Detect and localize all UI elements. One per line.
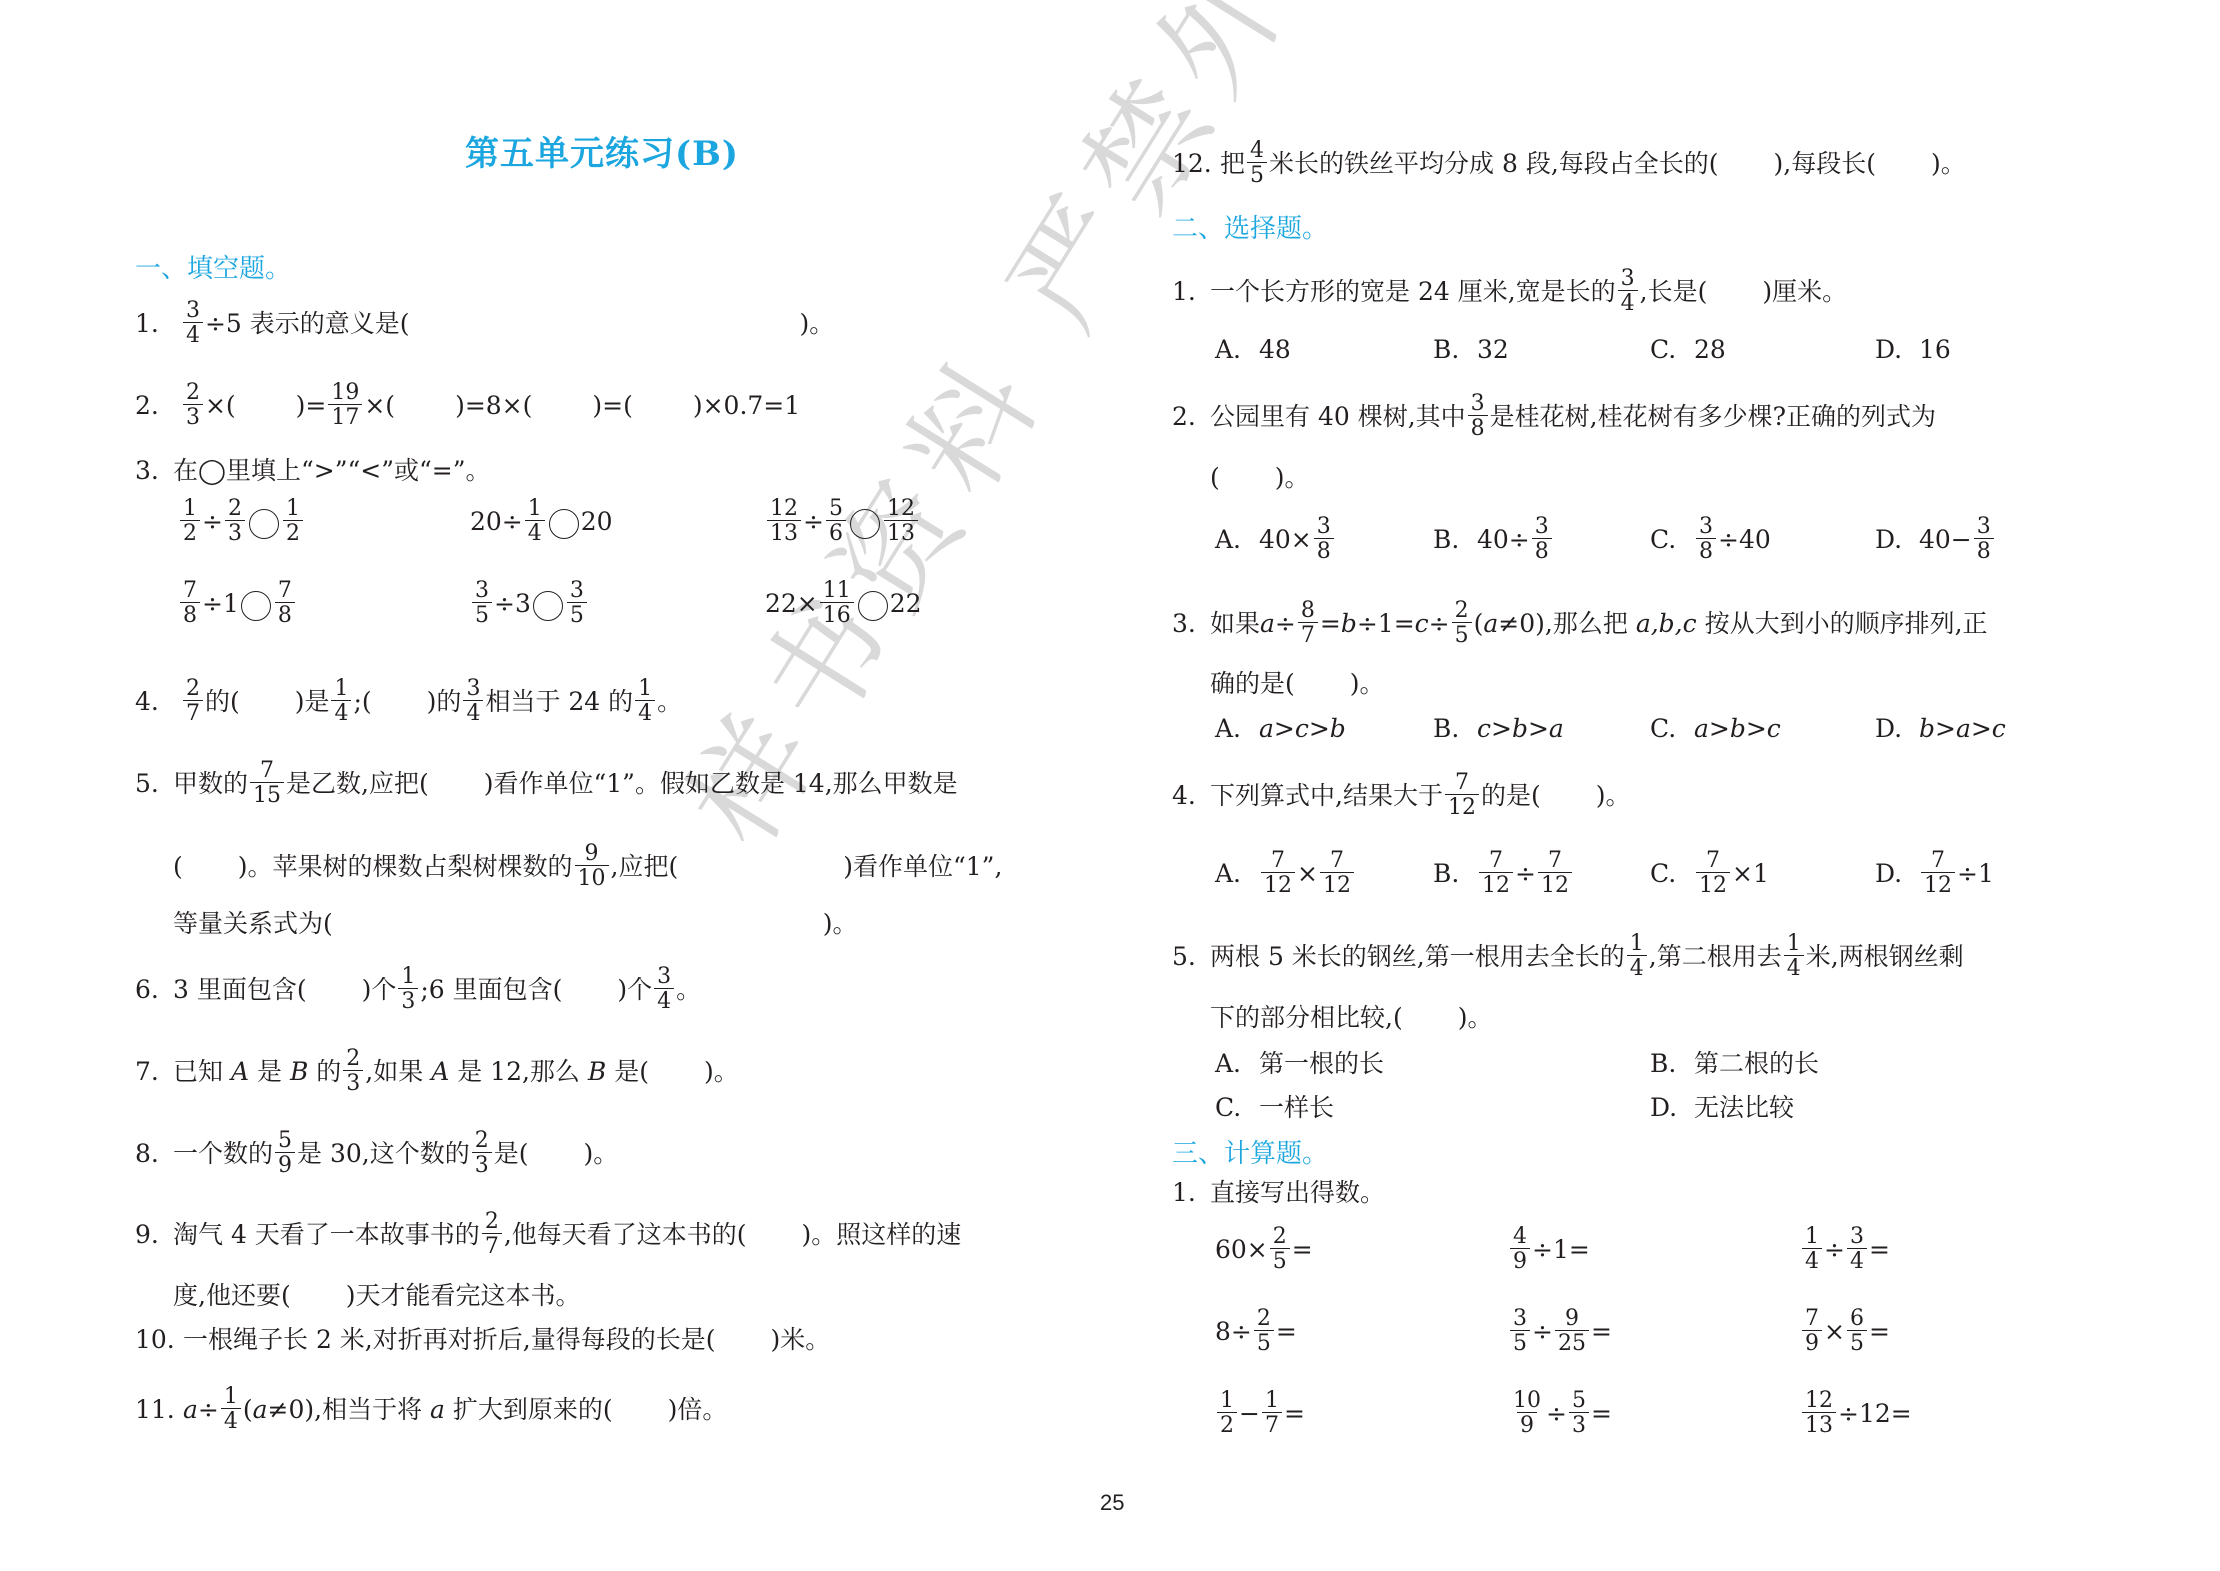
question-text: 是乙数,应把( [286, 769, 429, 798]
denominator: 12 [1261, 872, 1295, 897]
question-text: ,应把( [611, 852, 679, 881]
numerator: 2 [1452, 600, 1472, 622]
numerator: 1 [331, 678, 351, 700]
option-b[interactable]: B.40÷38 [1433, 518, 1554, 565]
fraction: 712 [1445, 772, 1479, 819]
denominator: 17 [328, 404, 362, 429]
question-text: ( [243, 1395, 253, 1424]
question-text: )= [296, 391, 327, 420]
compare-circle[interactable] [858, 591, 888, 621]
question-text: 是( [494, 1139, 529, 1168]
fraction: 49 [1510, 1226, 1530, 1273]
denominator: 8 [1532, 538, 1552, 563]
question-text: ,长是( [1640, 277, 1708, 306]
question-text: 一个数的 [173, 1139, 273, 1168]
fraction: 14 [1627, 933, 1647, 980]
numerator: 12 [884, 498, 918, 520]
denominator: 8 [1974, 538, 1994, 563]
question-1-12: 12.把45米长的铁丝平均分成 8 段,每段占全长的(),每段长()。 [1172, 142, 1966, 189]
numerator: 2 [472, 1130, 492, 1152]
fraction: 12 [1217, 1390, 1237, 1437]
fraction: 38 [1532, 516, 1552, 563]
denominator: 4 [635, 700, 655, 725]
denominator: 4 [221, 1408, 241, 1433]
question-text: )。 [1931, 149, 1966, 178]
denominator: 13 [767, 520, 801, 545]
option-b[interactable]: B.第二根的长 [1650, 1044, 1819, 1080]
fraction: 59 [275, 1130, 295, 1177]
compare-item-4: 78÷178 [178, 582, 297, 629]
denominator: 8 [1314, 538, 1334, 563]
denominator: 16 [820, 602, 854, 627]
denominator: 5 [1247, 162, 1267, 187]
fraction: 910 [575, 843, 609, 890]
question-text: 一根绳子长 2 米,对折再对折后,量得每段的长是( [183, 1325, 715, 1354]
numerator: 4 [1510, 1226, 1530, 1248]
option-d[interactable]: D.40−38 [1875, 518, 1996, 565]
numerator: 3 [567, 580, 587, 602]
option-a[interactable]: A.48 [1215, 335, 1291, 364]
question-1-3: 3.在◯里填上“>”“<”或“=”。 [135, 455, 491, 487]
question-text: 第二根的长 [1694, 1049, 1819, 1078]
numerator: 3 [463, 678, 483, 700]
question-text: )。 [1458, 1003, 1493, 1032]
question-text: 一个长方形的宽是 24 厘米,宽是长的 [1210, 277, 1616, 306]
variable: b [1341, 609, 1357, 638]
question-text: 扩大到原来的( [453, 1395, 613, 1424]
denominator: 4 [1847, 1248, 1867, 1273]
fraction: 34 [654, 966, 674, 1013]
question-text: C. [1215, 1093, 1259, 1122]
fraction: 1213 [884, 498, 918, 545]
numerator: 1 [525, 498, 545, 520]
calc-item-8: 109÷53= [1508, 1392, 1672, 1439]
fraction: 25 [1452, 600, 1472, 647]
question-text: ),每段长( [1774, 149, 1876, 178]
fraction: 87 [1298, 600, 1318, 647]
numerator: 1 [221, 1386, 241, 1408]
question-text: a [430, 1395, 445, 1424]
denominator: 10 [575, 865, 609, 890]
numerator: 19 [328, 382, 362, 404]
option-d[interactable]: D.b>a>c [1875, 714, 2006, 743]
denominator: 8 [275, 602, 295, 627]
question-text: 甲数的 [173, 769, 248, 798]
question-1-5: 5.甲数的715是乙数,应把()看作单位“1”。假如乙数是 14,那么甲数是 [135, 762, 958, 809]
question-text: )米。 [770, 1325, 830, 1354]
question-text: 下的部分相比较,( [1210, 1003, 1403, 1032]
numerator: 12 [1802, 1390, 1836, 1412]
option-a[interactable]: A.a>c>b [1215, 714, 1346, 743]
calc-item-2: 49÷1= [1508, 1228, 1650, 1275]
question-text: ÷ [1275, 609, 1296, 638]
question-text: C. [1650, 335, 1694, 364]
numerator: 5 [826, 498, 846, 520]
numerator: 3 [1468, 393, 1488, 415]
option-d[interactable]: D.无法比较 [1650, 1088, 1794, 1124]
question-text: 是桂花树,桂花树有多少棵?正确的列式为 [1490, 402, 1936, 431]
numerator: 8 [1298, 600, 1318, 622]
question-1-7: 7.已知 A 是 B 的23,如果 A 是 12,那么 B 是()。 [135, 1050, 739, 1097]
fraction: 34 [183, 300, 203, 347]
question-2-4: 4.下列算式中,结果大于712的是()。 [1172, 774, 1630, 821]
question-text: ÷ [1532, 1317, 1553, 1346]
fraction: 35 [1510, 1308, 1530, 1355]
question-2-2-line-2: ()。 [1210, 462, 1310, 494]
question-text: A. [1215, 525, 1259, 554]
question-text: 米,两根钢丝剩 [1806, 942, 1964, 971]
option-a[interactable]: A.712×712 [1215, 852, 1356, 899]
question-text: ÷5 表示的意义是( [205, 309, 410, 338]
section-heading-calculation: 三、计算题。 [1172, 1133, 1328, 1170]
denominator: 9 [1517, 1412, 1537, 1437]
denominator: 3 [398, 988, 418, 1013]
denominator: 3 [225, 520, 245, 545]
fraction: 712 [1479, 850, 1513, 897]
fraction: 23 [472, 1130, 492, 1177]
denominator: 12 [1445, 794, 1479, 819]
denominator: 25 [1555, 1330, 1589, 1355]
denominator: 5 [472, 602, 492, 627]
question-text: ÷3 [494, 589, 531, 618]
fraction: 38 [1314, 516, 1334, 563]
denominator: 4 [183, 322, 203, 347]
question-number: 5. [1172, 941, 1210, 973]
denominator: 12 [1921, 872, 1955, 897]
denominator: 4 [654, 988, 674, 1013]
question-text: − [1239, 1399, 1260, 1428]
fraction: 38 [1468, 393, 1488, 440]
question-text: )。 [1350, 669, 1385, 698]
question-text: 40× [1259, 525, 1312, 554]
numerator: 1 [1262, 1390, 1282, 1412]
option-c[interactable]: C.712×1 [1650, 852, 1769, 899]
denominator: 13 [1802, 1412, 1836, 1437]
variable: c [1415, 609, 1429, 638]
numerator: 4 [1247, 140, 1267, 162]
numerator: 1 [1802, 1226, 1822, 1248]
numerator: 3 [1510, 1308, 1530, 1330]
question-text: 无法比较 [1694, 1093, 1794, 1122]
fraction: 1213 [1802, 1390, 1836, 1437]
question-text: ÷ [1515, 859, 1536, 888]
option-b[interactable]: B.32 [1433, 335, 1509, 364]
question-2-3-line-2: 确的是()。 [1210, 668, 1385, 700]
numerator: 9 [582, 843, 602, 865]
question-text: 已知 [173, 1057, 223, 1086]
fraction: 23 [343, 1048, 363, 1095]
question-text: A. [1215, 714, 1259, 743]
fraction: 712 [1921, 850, 1955, 897]
question-text: = [1320, 609, 1341, 638]
question-text: 22× [765, 589, 818, 618]
denominator: 15 [250, 782, 284, 807]
question-text: = [1591, 1317, 1612, 1346]
denominator: 5 [1510, 1330, 1530, 1355]
numerator: 2 [225, 498, 245, 520]
numerator: 7 [1452, 772, 1472, 794]
numerator: 1 [1627, 933, 1647, 955]
fraction: 14 [221, 1386, 241, 1433]
question-number: 7. [135, 1056, 173, 1088]
denominator: 5 [1254, 1330, 1274, 1355]
numerator: 1 [1784, 933, 1804, 955]
option-b[interactable]: B.c>b>a [1433, 714, 1564, 743]
question-text: A. [1215, 1049, 1259, 1078]
question-2-3: 3.如果a÷87=b÷1=c÷25(a≠0),那么把 a,b,c 按从大到小的顺… [1172, 602, 1988, 649]
question-text: )看作单位“1”, [843, 852, 1002, 881]
option-b[interactable]: B.712÷712 [1433, 852, 1574, 899]
question-number: 5. [135, 768, 173, 800]
compare-circle[interactable] [549, 509, 579, 539]
question-text: ;( [353, 687, 371, 716]
numerator: 6 [1847, 1308, 1867, 1330]
page-title: 第五单元练习(B) [465, 126, 739, 175]
question-text: 是( [614, 1057, 649, 1086]
question-text: ,他每天看了这本书的( [504, 1220, 747, 1249]
question-text: D. [1650, 1093, 1694, 1122]
calc-item-7: 12−17= [1215, 1392, 1365, 1439]
question-text: )倍。 [668, 1395, 728, 1424]
fraction: 109 [1510, 1390, 1544, 1437]
denominator: 8 [180, 602, 200, 627]
option-d[interactable]: D.16 [1875, 335, 1951, 364]
compare-circle[interactable] [850, 509, 880, 539]
fraction: 25 [1254, 1308, 1274, 1355]
question-number: 1. [1172, 1177, 1210, 1209]
fraction: 25 [1270, 1226, 1290, 1273]
numerator: 2 [343, 1048, 363, 1070]
question-2-2: 2.公园里有 40 棵树,其中38是桂花树,桂花树有多少棵?正确的列式为 [1172, 395, 1936, 442]
numerator: 1 [283, 498, 303, 520]
denominator: 5 [567, 602, 587, 627]
question-text: B. [1433, 525, 1477, 554]
fraction: 27 [482, 1211, 502, 1258]
question-text: ÷40 [1718, 525, 1771, 554]
denominator: 12 [1320, 872, 1354, 897]
fraction: 53 [1569, 1390, 1589, 1437]
question-text: )。 [823, 909, 858, 938]
question-text: ÷1= [1532, 1235, 1590, 1264]
denominator: 2 [283, 520, 303, 545]
numerator: 7 [1928, 850, 1948, 872]
question-text: 20 [581, 507, 613, 536]
option-a[interactable]: A.40×38 [1215, 518, 1336, 565]
question-text: 3 里面包含( [173, 975, 307, 1004]
question-text: = [1284, 1399, 1305, 1428]
page-number: 25 [1100, 1490, 1124, 1516]
numerator: 1 [1217, 1390, 1237, 1412]
question-text: 28 [1694, 335, 1726, 364]
denominator: 12 [1538, 872, 1572, 897]
numerator: 3 [472, 580, 492, 602]
question-2-1: 1.一个长方形的宽是 24 厘米,宽是长的34,长是()厘米。 [1172, 270, 1847, 317]
question-text: A. [1215, 859, 1259, 888]
question-text: B. [1650, 1049, 1694, 1078]
option-a[interactable]: A.第一根的长 [1215, 1044, 1384, 1080]
question-text: D. [1875, 335, 1919, 364]
fraction: 1116 [820, 580, 854, 627]
fraction: 1917 [328, 382, 362, 429]
denominator: 2 [180, 520, 200, 545]
question-text: )。 [584, 1139, 619, 1168]
question-text: 如果 [1210, 609, 1260, 638]
option-d[interactable]: D.712÷1 [1875, 852, 1994, 899]
fraction: 65 [1847, 1308, 1867, 1355]
denominator: 4 [525, 520, 545, 545]
question-text: )看作单位“1”。假如乙数是 14,那么甲数是 [484, 769, 958, 798]
option-c[interactable]: C.一样长 [1215, 1088, 1334, 1124]
question-text: a [253, 1395, 268, 1424]
question-number: 2. [135, 390, 173, 422]
option-c[interactable]: C.28 [1650, 335, 1726, 364]
question-text: ×( [205, 391, 236, 420]
denominator: 6 [826, 520, 846, 545]
fraction: 712 [1261, 850, 1295, 897]
question-text: B. [1433, 335, 1477, 364]
question-text: ,第二根用去 [1649, 942, 1782, 971]
question-text: ( [1210, 463, 1220, 492]
question-text: ( [173, 852, 183, 881]
question-text: ÷ [198, 1395, 219, 1424]
compare-circle[interactable] [533, 591, 563, 621]
fraction: 14 [525, 498, 545, 545]
question-text: 是 12,那么 [457, 1057, 580, 1086]
fraction: 17 [1262, 1390, 1282, 1437]
question-number: 8. [135, 1138, 173, 1170]
question-text: a [183, 1395, 198, 1424]
fraction: 712 [1538, 850, 1572, 897]
question-text: ×( [364, 391, 395, 420]
compare-item-5: 35÷335 [470, 582, 589, 629]
question-text: A [431, 1057, 449, 1086]
question-text: 确的是( [1210, 669, 1295, 698]
numerator: 3 [1314, 516, 1334, 538]
calc-item-3: 14÷34= [1800, 1228, 1950, 1275]
question-text: ÷ [1824, 1235, 1845, 1264]
fraction: 925 [1555, 1308, 1589, 1355]
question-text: 第一根的长 [1259, 1049, 1384, 1078]
denominator: 4 [1618, 290, 1638, 315]
question-1-11: 11.a÷14(a≠0),相当于将 a 扩大到原来的()倍。 [135, 1388, 727, 1435]
question-1-8: 8.一个数的59是 30,这个数的23是()。 [135, 1132, 618, 1179]
numerator: 9 [1562, 1308, 1582, 1330]
fraction: 79 [1802, 1308, 1822, 1355]
question-text: 按从大到小的顺序排列,正 [1705, 609, 1988, 638]
question-text: 把 [1220, 149, 1245, 178]
fraction: 1213 [767, 498, 801, 545]
fraction: 35 [567, 580, 587, 627]
question-text: 22 [890, 589, 922, 618]
question-text: 40÷ [1477, 525, 1530, 554]
numerator: 7 [1268, 850, 1288, 872]
compare-circle[interactable] [241, 591, 271, 621]
question-text: ÷12= [1838, 1399, 1912, 1428]
question-text: 米长的铁丝平均分成 8 段,每段占全长的( [1269, 149, 1719, 178]
question-text: = [1591, 1399, 1612, 1428]
question-text: × [1824, 1317, 1845, 1346]
calc-item-5: 35÷925= [1508, 1310, 1672, 1357]
question-text: 在◯里填上“>”“<”或“=”。 [173, 456, 491, 485]
question-text: 一样长 [1259, 1093, 1334, 1122]
compare-item-2: 20÷1420 [470, 500, 613, 547]
option-c[interactable]: C.a>b>c [1650, 714, 1781, 743]
denominator: 4 [463, 700, 483, 725]
question-text: 20÷ [470, 507, 523, 536]
question-text: 淘气 4 天看了一本故事书的 [173, 1220, 480, 1249]
question-text: D. [1875, 714, 1919, 743]
fraction: 34 [1847, 1226, 1867, 1273]
fraction: 78 [275, 580, 295, 627]
question-number: 9. [135, 1219, 173, 1251]
option-c[interactable]: C.38÷40 [1650, 518, 1771, 565]
numerator: 3 [1974, 516, 1994, 538]
fraction: 712 [1696, 850, 1730, 897]
denominator: 3 [343, 1070, 363, 1095]
fraction: 14 [331, 678, 351, 725]
question-text: ;6 里面包含( [420, 975, 562, 1004]
question-text: ×1 [1732, 859, 1769, 888]
question-text: c>b>a [1477, 714, 1564, 743]
question-text: )。 [704, 1057, 739, 1086]
question-text: 的是( [1481, 781, 1541, 810]
question-text: )个 [617, 975, 652, 1004]
denominator: 8 [1468, 415, 1488, 440]
fraction: 45 [1247, 140, 1267, 187]
denominator: 5 [1847, 1330, 1867, 1355]
denominator: 7 [482, 1233, 502, 1258]
denominator: 4 [1784, 955, 1804, 980]
calc-item-1: 60×25= [1215, 1228, 1373, 1275]
question-text: 的 [316, 1057, 341, 1086]
compare-item-3: 1213÷561213 [765, 500, 920, 547]
question-text: )。 [1596, 781, 1631, 810]
denominator: 3 [183, 404, 203, 429]
question-1-1: 1. 34÷5 表示的意义是()。 [135, 302, 834, 349]
question-text: 是 30,这个数的 [297, 1139, 470, 1168]
numerator: 1 [180, 498, 200, 520]
question-text: ÷1 [202, 589, 239, 618]
question-1-9: 9.淘气 4 天看了一本故事书的27,他每天看了这本书的()。照这样的速 [135, 1213, 961, 1260]
question-text: B [588, 1057, 606, 1086]
question-text: 。 [676, 975, 701, 1004]
calc-item-6: 79×65= [1800, 1310, 1950, 1357]
question-text: 48 [1259, 335, 1291, 364]
question-text: ÷ [803, 507, 824, 536]
question-text: 60× [1215, 1235, 1268, 1264]
denominator: 7 [183, 700, 203, 725]
denominator: 12 [1479, 872, 1513, 897]
numerator: 3 [1847, 1226, 1867, 1248]
question-text: 。 [657, 687, 682, 716]
numerator: 7 [1486, 850, 1506, 872]
fraction: 14 [1802, 1226, 1822, 1273]
question-number: 4. [1172, 780, 1210, 812]
fraction: 38 [1696, 516, 1716, 563]
denominator: 3 [1569, 1412, 1589, 1437]
question-text: = [1276, 1317, 1297, 1346]
question-text: )厘米。 [1762, 277, 1847, 306]
question-1-5-line-2: ()。苹果树的棵数占梨树棵数的910,应把()看作单位“1”, [173, 845, 1002, 892]
numerator: 7 [1703, 850, 1723, 872]
question-text: C. [1650, 525, 1694, 554]
denominator: 4 [1627, 955, 1647, 980]
question-text: )×0.7=1 [693, 391, 800, 420]
denominator: 12 [1696, 872, 1730, 897]
compare-circle[interactable] [249, 509, 279, 539]
question-text: )。照这样的速 [802, 1220, 962, 1249]
question-text: a>b>c [1694, 714, 1781, 743]
